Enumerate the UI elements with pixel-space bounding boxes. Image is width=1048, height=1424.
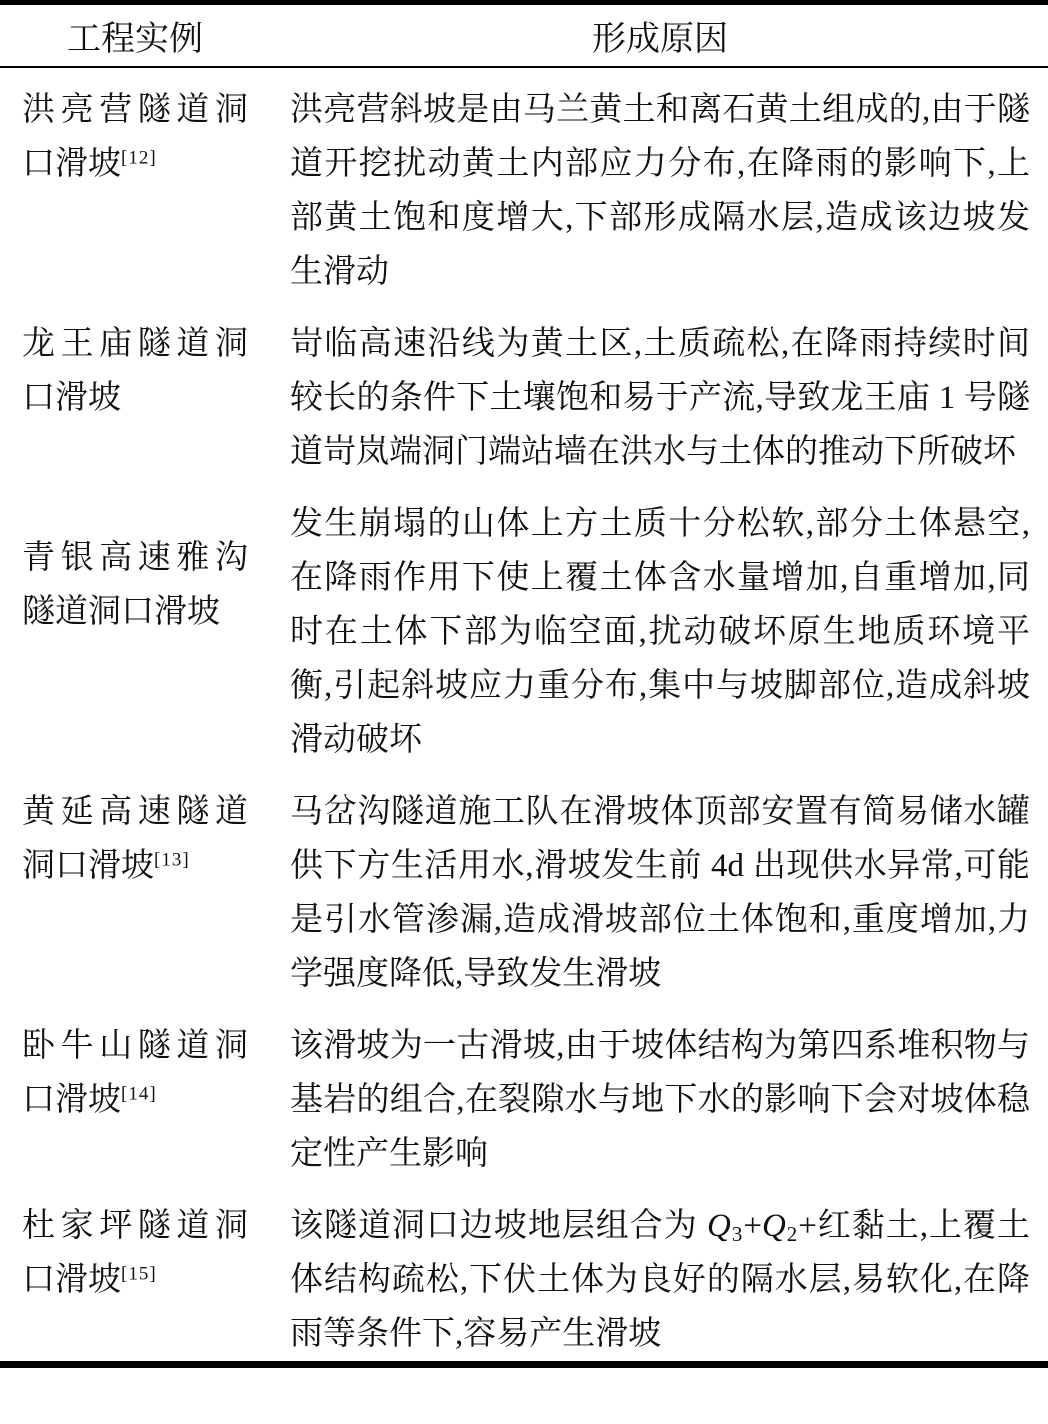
table-row: 青银高速雅沟隧道洞口滑坡 发生崩塌的山体上方土质十分松软,部分土体悬空,在降雨作…	[22, 497, 1048, 767]
table-row: 黄延高速隧道洞口滑坡[13] 马岔沟隧道施工队在滑坡体顶部安置有简易储水罐供下方…	[22, 785, 1048, 1001]
cause-cell: 该滑坡为一古滑坡,由于坡体结构为第四系堆积物与基岩的组合,在裂隙水与地下水的影响…	[290, 1019, 1030, 1181]
example-label: 黄延高速隧道洞口滑坡	[22, 794, 248, 884]
column-header-example: 工程实例	[22, 11, 248, 60]
example-cell: 青银高速雅沟隧道洞口滑坡	[22, 497, 248, 767]
example-label: 龙王庙隧道洞口滑坡	[22, 326, 248, 416]
example-cell: 黄延高速隧道洞口滑坡[13]	[22, 785, 248, 1001]
table-row: 龙王庙隧道洞口滑坡 岢临高速沿线为黄土区,土质疏松,在降雨持续时间较长的条件下土…	[22, 317, 1048, 479]
table-bottom-rule	[0, 1361, 1048, 1368]
citation-ref: [12]	[121, 148, 157, 169]
example-cell: 卧牛山隧道洞口滑坡[14]	[22, 1019, 248, 1181]
citation-ref: [15]	[121, 1264, 157, 1285]
example-label: 青银高速雅沟隧道洞口滑坡	[22, 540, 248, 630]
cause-cell: 马岔沟隧道施工队在滑坡体顶部安置有简易储水罐供下方生活用水,滑坡发生前 4d 出…	[290, 785, 1030, 1001]
cause-cell: 岢临高速沿线为黄土区,土质疏松,在降雨持续时间较长的条件下土壤饱和易于产流,导致…	[290, 317, 1030, 479]
table-row: 杜家坪隧道洞口滑坡[15] 该隧道洞口边坡地层组合为 Q3+Q2+红黏土,上覆土…	[22, 1199, 1048, 1361]
table-row: 洪亮营隧道洞口滑坡[12] 洪亮营斜坡是由马兰黄土和离石黄土组成的,由于隧道开挖…	[22, 83, 1048, 299]
cause-cell: 发生崩塌的山体上方土质十分松软,部分土体悬空,在降雨作用下使上覆土体含水量增加,…	[290, 497, 1030, 767]
column-header-cause: 形成原因	[290, 11, 1030, 60]
table-header-row: 工程实例 形成原因	[0, 5, 1048, 66]
cause-cell: 该隧道洞口边坡地层组合为 Q3+Q2+红黏土,上覆土体结构疏松,下伏土体为良好的…	[290, 1199, 1030, 1361]
table-row: 卧牛山隧道洞口滑坡[14] 该滑坡为一古滑坡,由于坡体结构为第四系堆积物与基岩的…	[22, 1019, 1048, 1181]
example-cell: 龙王庙隧道洞口滑坡	[22, 317, 248, 479]
citation-ref: [13]	[154, 850, 190, 871]
citation-ref: [14]	[121, 1084, 157, 1105]
cause-cell: 洪亮营斜坡是由马兰黄土和离石黄土组成的,由于隧道开挖扰动黄土内部应力分布,在降雨…	[290, 83, 1030, 299]
paper-table: 工程实例 形成原因 洪亮营隧道洞口滑坡[12] 洪亮营斜坡是由马兰黄土和离石黄土…	[0, 0, 1048, 1424]
example-cell: 杜家坪隧道洞口滑坡[15]	[22, 1199, 248, 1361]
example-cell: 洪亮营隧道洞口滑坡[12]	[22, 83, 248, 299]
table-body: 洪亮营隧道洞口滑坡[12] 洪亮营斜坡是由马兰黄土和离石黄土组成的,由于隧道开挖…	[0, 68, 1048, 1361]
